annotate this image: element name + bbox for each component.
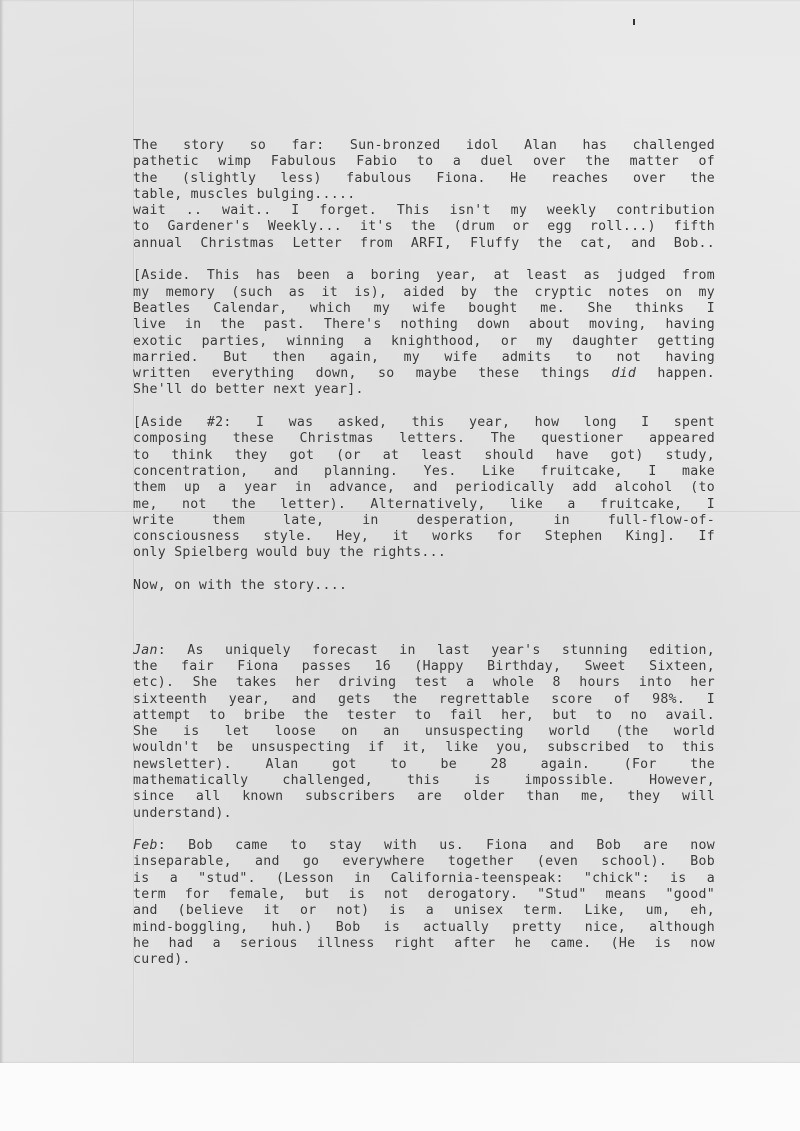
text-line: sixteenth year, and gets the regrettable… [133,692,715,708]
text-line: Feb: Bob came to stay with us. Fiona and… [133,838,715,854]
text-line: The story so far: Sun-bronzed idol Alan … [133,138,715,154]
aside-paragraph: [Aside. This has been a boring year, at … [133,268,715,398]
text-line: and (believe it or not) is a unisex term… [133,903,715,919]
text-line: attempt to bribe the tester to fail her,… [133,708,715,724]
text-line: live in the past. There's nothing down a… [133,317,715,333]
text-line: exotic parties, winning a knighthood, or… [133,334,715,350]
text-line: concentration, and planning. Yes. Like f… [133,464,715,480]
text-line: the fair Fiona passes 16 (Happy Birthday… [133,659,715,675]
text-fragment: happen. [636,366,715,381]
text-line: Beatles Calendar, which my wife bought m… [133,301,715,317]
text-line: consciousness style. Hey, it works for S… [133,529,715,545]
text-line: Now, on with the story.... [133,578,715,594]
february-paragraph: Feb: Bob came to stay with us. Fiona and… [133,838,715,968]
text-line: is a "stud". (Lesson in California-teens… [133,871,715,887]
january-paragraph: Jan: As uniquely forecast in last year's… [133,643,715,822]
text-line: composing these Christmas letters. The q… [133,431,715,447]
text-line: newsletter). Alan got to be 28 again. (F… [133,757,715,773]
text-line: [Aside. This has been a boring year, at … [133,268,715,284]
text-line: only Spielberg would buy the rights... [133,545,715,561]
aside-2-paragraph: [Aside #2: I was asked, this year, how l… [133,415,715,562]
text-line: mind-boggling, huh.) Bob is actually pre… [133,920,715,936]
text-line: them up a year in advance, and periodica… [133,480,715,496]
section-gap [133,611,715,643]
text-line: the (slightly less) fabulous Fiona. He r… [133,171,715,187]
text-line: inseparable, and go everywhere together … [133,854,715,870]
text-line: wouldn't be unsuspecting if it, like you… [133,740,715,756]
text-line: Jan: As uniquely forecast in last year's… [133,643,715,659]
text-line: [Aside #2: I was asked, this year, how l… [133,415,715,431]
ink-speck [633,19,635,25]
intro-continuation-paragraph: wait .. wait.. I forget. This isn't my w… [133,203,715,252]
text-line: table, muscles bulging..... [133,187,715,203]
transition-paragraph: Now, on with the story.... [133,578,715,594]
text-line: understand). [133,806,715,822]
text-line: cured). [133,952,715,968]
month-label-feb: Feb [133,838,158,853]
text-fragment: written everything down, so maybe these … [133,366,611,381]
text-line: She is let loose on an unsuspecting worl… [133,724,715,740]
text-line: married. But then again, my wife admits … [133,350,715,366]
text-line: he had a serious illness right after he … [133,936,715,952]
text-line: to Gardener's Weekly... it's the (drum o… [133,219,715,235]
text-line: She'll do better next year]. [133,382,715,398]
text-line: pathetic wimp Fabulous Fabio to a duel o… [133,154,715,170]
text-fragment: : As uniquely forecast in last year's st… [158,643,715,658]
text-line: write them late, in desperation, in full… [133,513,715,529]
text-line: annual Christmas Letter from ARFI, Fluff… [133,236,715,252]
text-line: wait .. wait.. I forget. This isn't my w… [133,203,715,219]
letter-body: The story so far: Sun-bronzed idol Alan … [133,138,715,985]
text-line: etc). She takes her driving test a whole… [133,675,715,691]
intro-paragraph: The story so far: Sun-bronzed idol Alan … [133,138,715,203]
emphasis-text: did [611,366,636,381]
text-line: term for female, but is not derogatory. … [133,887,715,903]
text-line: mathematically challenged, this is impos… [133,773,715,789]
month-label-jan: Jan [133,643,158,658]
text-line: written everything down, so maybe these … [133,366,715,382]
text-line: to think they got (or at least should ha… [133,448,715,464]
text-line: since all known subscribers are older th… [133,789,715,805]
text-line: my memory (such as it is), aided by the … [133,285,715,301]
text-fragment: : Bob came to stay with us. Fiona and Bo… [158,838,715,853]
text-line: me, not the letter). Alternatively, like… [133,497,715,513]
